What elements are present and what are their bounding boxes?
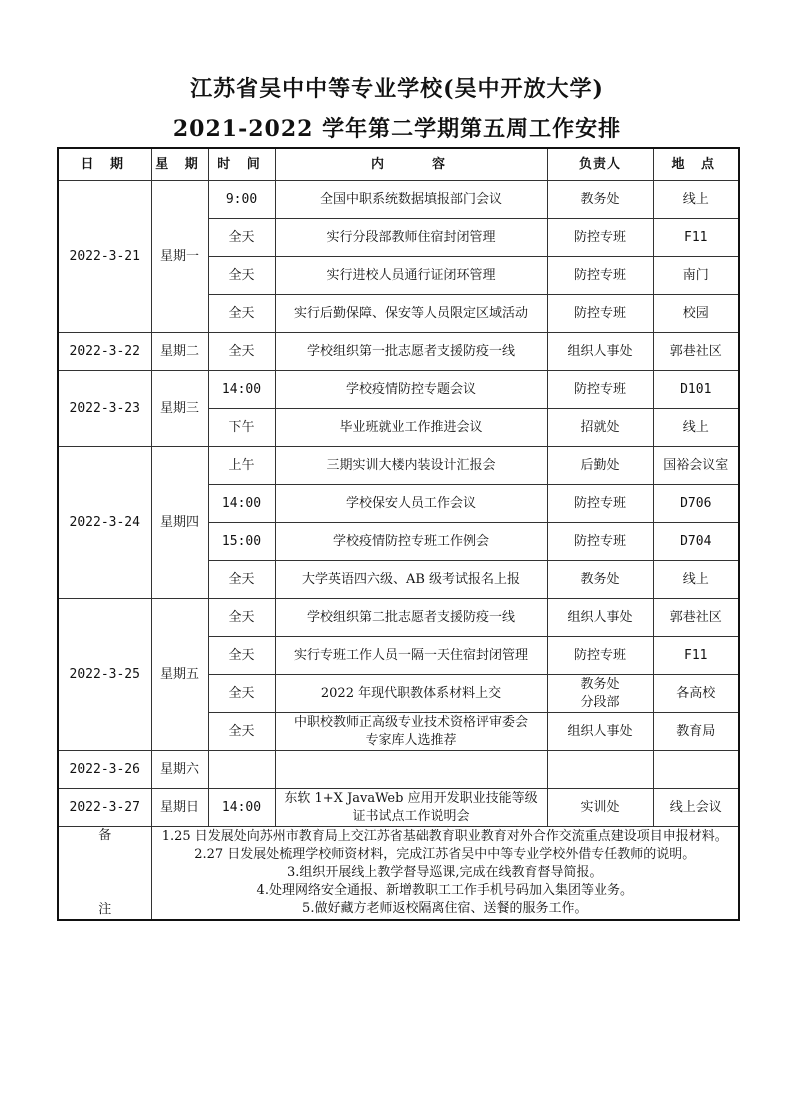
location-cell: 校园 (653, 295, 739, 333)
owner-cell: 防控专班 (547, 371, 653, 409)
location-cell: 郭巷社区 (653, 333, 739, 371)
owner-cell: 教务处 (547, 181, 653, 219)
owner-cell: 防控专班 (547, 523, 653, 561)
note-item: 4.处理网络安全通报、新增教职工工作手机号码加入集团等业务。 (154, 882, 737, 900)
time-cell: 全天 (208, 713, 275, 751)
location-cell: 教育局 (653, 713, 739, 751)
content-cell: 毕业班就业工作推进会议 (275, 409, 547, 447)
table-row: 2022-3-23星期三14:00学校疫情防控专题会议防控专班D101 (58, 371, 739, 409)
content-cell: 2022 年现代职教体系材料上交 (275, 675, 547, 713)
column-header-weekday: 星 期 (151, 148, 208, 181)
column-header-time: 时 间 (208, 148, 275, 181)
weekday-cell: 星期五 (151, 599, 208, 751)
table-row: 2022-3-25星期五全天学校组织第二批志愿者支援防疫一线组织人事处郭巷社区 (58, 599, 739, 637)
owner-cell: 防控专班 (547, 295, 653, 333)
location-cell: 郭巷社区 (653, 599, 739, 637)
time-cell: 全天 (208, 599, 275, 637)
time-cell: 全天 (208, 675, 275, 713)
weekday-cell: 星期日 (151, 789, 208, 827)
owner-cell: 组织人事处 (547, 713, 653, 751)
notes-content: 1.25 日发展处向苏州市教育局上交江苏省基础教育职业教育对外合作交流重点建设项… (151, 827, 739, 921)
time-cell: 上午 (208, 447, 275, 485)
date-cell: 2022-3-23 (58, 371, 151, 447)
note-item: 3.组织开展线上教学督导巡课,完成在线教育督导简报。 (154, 864, 737, 882)
time-cell: 全天 (208, 219, 275, 257)
content-cell: 学校疫情防控专班工作例会 (275, 523, 547, 561)
location-cell: 线上 (653, 181, 739, 219)
time-cell: 14:00 (208, 371, 275, 409)
table-row: 2022-3-24星期四上午三期实训大楼内装设计汇报会后勤处国裕会议室 (58, 447, 739, 485)
date-cell: 2022-3-22 (58, 333, 151, 371)
notes-label-top: 备 (61, 827, 149, 845)
location-cell (653, 751, 739, 789)
time-cell: 15:00 (208, 523, 275, 561)
location-cell: F11 (653, 637, 739, 675)
document-subtitle: 2021-2022 学年第二学期第五周工作安排 (0, 112, 794, 143)
time-cell: 下午 (208, 409, 275, 447)
notes-label-bottom: 注 (61, 901, 149, 919)
table-header-row: 日 期 星 期 时 间 内 容 负责人 地 点 (58, 148, 739, 181)
time-cell (208, 751, 275, 789)
date-cell: 2022-3-24 (58, 447, 151, 599)
owner-cell: 组织人事处 (547, 333, 653, 371)
note-item: 5.做好藏方老师返校隔离住宿、送餐的服务工作。 (154, 900, 737, 918)
column-header-content: 内 容 (275, 148, 547, 181)
note-item: 1.25 日发展处向苏州市教育局上交江苏省基础教育职业教育对外合作交流重点建设项… (154, 828, 737, 846)
weekday-cell: 星期二 (151, 333, 208, 371)
owner-cell: 防控专班 (547, 485, 653, 523)
table-row: 2022-3-21星期一9:00全国中职系统数据填报部门会议教务处线上 (58, 181, 739, 219)
location-cell: 线上 (653, 409, 739, 447)
time-cell: 全天 (208, 561, 275, 599)
content-cell: 实行分段部教师住宿封闭管理 (275, 219, 547, 257)
note-item: 2.27 日发展处梳理学校师资材料，完成江苏省吴中中等专业学校外借专任教师的说明… (154, 846, 737, 864)
time-cell: 全天 (208, 637, 275, 675)
content-cell: 三期实训大楼内装设计汇报会 (275, 447, 547, 485)
owner-cell: 防控专班 (547, 637, 653, 675)
content-cell: 学校组织第二批志愿者支援防疫一线 (275, 599, 547, 637)
weekday-cell: 星期六 (151, 751, 208, 789)
location-cell: 线上 (653, 561, 739, 599)
date-cell: 2022-3-26 (58, 751, 151, 789)
content-cell: 实行进校人员通行证闭环管理 (275, 257, 547, 295)
table-row: 2022-3-26星期六 (58, 751, 739, 789)
date-cell: 2022-3-21 (58, 181, 151, 333)
owner-cell: 招就处 (547, 409, 653, 447)
document-title: 江苏省吴中中等专业学校(吴中开放大学) (0, 72, 794, 103)
column-header-location: 地 点 (653, 148, 739, 181)
schedule-body: 2022-3-21星期一9:00全国中职系统数据填报部门会议教务处线上全天实行分… (58, 181, 739, 827)
column-header-owner: 负责人 (547, 148, 653, 181)
owner-cell: 防控专班 (547, 219, 653, 257)
weekday-cell: 星期一 (151, 181, 208, 333)
time-cell: 14:00 (208, 789, 275, 827)
location-cell: D704 (653, 523, 739, 561)
location-cell: 南门 (653, 257, 739, 295)
owner-cell: 教务处 分段部 (547, 675, 653, 713)
time-cell: 9:00 (208, 181, 275, 219)
column-header-date: 日 期 (58, 148, 151, 181)
date-cell: 2022-3-27 (58, 789, 151, 827)
content-cell: 实行专班工作人员一隔一天住宿封闭管理 (275, 637, 547, 675)
content-cell: 大学英语四六级、AB 级考试报名上报 (275, 561, 547, 599)
location-cell: F11 (653, 219, 739, 257)
notes-label: 备 注 (58, 827, 151, 921)
owner-cell: 后勤处 (547, 447, 653, 485)
time-cell: 全天 (208, 295, 275, 333)
weekday-cell: 星期四 (151, 447, 208, 599)
content-cell: 东软 1+X JavaWeb 应用开发职业技能等级 证书试点工作说明会 (275, 789, 547, 827)
location-cell: D101 (653, 371, 739, 409)
content-cell: 中职校教师正高级专业技术资格评审委会 专家库人选推荐 (275, 713, 547, 751)
date-cell: 2022-3-25 (58, 599, 151, 751)
time-cell: 全天 (208, 257, 275, 295)
table-row: 2022-3-27星期日14:00东软 1+X JavaWeb 应用开发职业技能… (58, 789, 739, 827)
owner-cell: 教务处 (547, 561, 653, 599)
content-cell: 学校疫情防控专题会议 (275, 371, 547, 409)
schedule-table: 日 期 星 期 时 间 内 容 负责人 地 点 2022-3-21星期一9:00… (57, 147, 740, 921)
owner-cell: 组织人事处 (547, 599, 653, 637)
content-cell: 实行后勤保障、保安等人员限定区域活动 (275, 295, 547, 333)
time-cell: 14:00 (208, 485, 275, 523)
location-cell: 各高校 (653, 675, 739, 713)
content-cell: 学校组织第一批志愿者支援防疫一线 (275, 333, 547, 371)
owner-cell: 防控专班 (547, 257, 653, 295)
location-cell: D706 (653, 485, 739, 523)
weekday-cell: 星期三 (151, 371, 208, 447)
content-cell: 全国中职系统数据填报部门会议 (275, 181, 547, 219)
content-cell (275, 751, 547, 789)
content-cell: 学校保安人员工作会议 (275, 485, 547, 523)
location-cell: 线上会议 (653, 789, 739, 827)
time-cell: 全天 (208, 333, 275, 371)
owner-cell: 实训处 (547, 789, 653, 827)
notes-row: 备 注 1.25 日发展处向苏州市教育局上交江苏省基础教育职业教育对外合作交流重… (58, 827, 739, 921)
owner-cell (547, 751, 653, 789)
table-row: 2022-3-22星期二全天学校组织第一批志愿者支援防疫一线组织人事处郭巷社区 (58, 333, 739, 371)
location-cell: 国裕会议室 (653, 447, 739, 485)
